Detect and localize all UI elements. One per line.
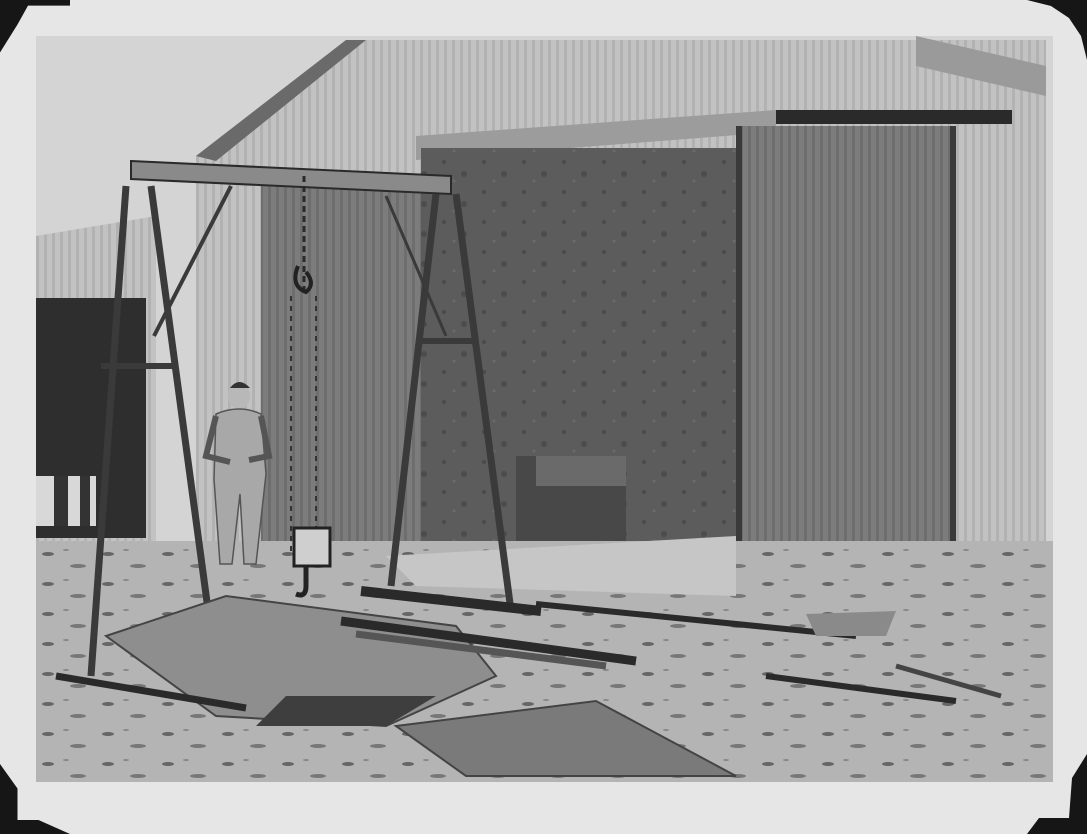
photo-print (0, 0, 1087, 834)
main-shed (196, 36, 1046, 606)
left-shed (36, 216, 156, 556)
scene-illustration (36, 36, 1053, 782)
photograph (36, 36, 1053, 782)
